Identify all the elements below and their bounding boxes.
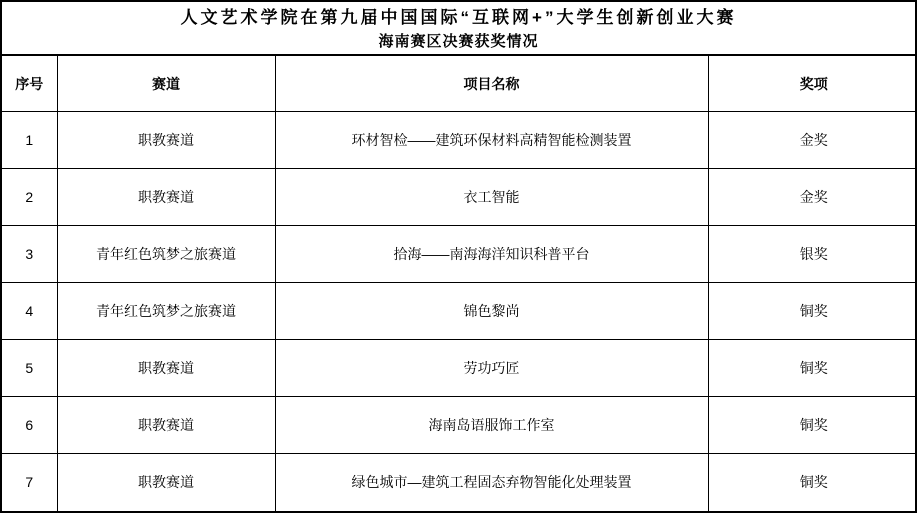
col-header-track: 赛道 bbox=[57, 56, 275, 112]
cell-award: 铜奖 bbox=[708, 283, 917, 340]
cell-track: 职教赛道 bbox=[57, 454, 275, 511]
header-row: 序号 赛道 项目名称 奖项 bbox=[2, 56, 917, 112]
col-header-project: 项目名称 bbox=[275, 56, 708, 112]
cell-project: 拾海——南海海洋知识科普平台 bbox=[275, 226, 708, 283]
cell-award: 金奖 bbox=[708, 112, 917, 169]
col-header-index: 序号 bbox=[2, 56, 57, 112]
table-row: 4 青年红色筑梦之旅赛道 锦色黎尚 铜奖 bbox=[2, 283, 917, 340]
cell-track: 职教赛道 bbox=[57, 340, 275, 397]
cell-project: 锦色黎尚 bbox=[275, 283, 708, 340]
cell-track: 青年红色筑梦之旅赛道 bbox=[57, 283, 275, 340]
cell-award: 铜奖 bbox=[708, 340, 917, 397]
cell-index: 5 bbox=[2, 340, 57, 397]
cell-index: 4 bbox=[2, 283, 57, 340]
table-row: 5 职教赛道 劳功巧匠 铜奖 bbox=[2, 340, 917, 397]
cell-award: 银奖 bbox=[708, 226, 917, 283]
title-line-1: 人文艺术学院在第九届中国国际“互联网+”大学生创新创业大赛 bbox=[181, 5, 737, 31]
cell-track: 职教赛道 bbox=[57, 397, 275, 454]
awards-sheet: 人文艺术学院在第九届中国国际“互联网+”大学生创新创业大赛 海南赛区决赛获奖情况… bbox=[0, 0, 917, 513]
cell-project: 海南岛语服饰工作室 bbox=[275, 397, 708, 454]
cell-project: 环材智检——建筑环保材料高精智能检测装置 bbox=[275, 112, 708, 169]
cell-index: 2 bbox=[2, 169, 57, 226]
title-line-2: 海南赛区决赛获奖情况 bbox=[378, 31, 538, 53]
table-row: 6 职教赛道 海南岛语服饰工作室 铜奖 bbox=[2, 397, 917, 454]
awards-table: 序号 赛道 项目名称 奖项 1 职教赛道 环材智检——建筑环保材料高精智能检测装… bbox=[2, 55, 917, 511]
cell-index: 7 bbox=[2, 454, 57, 511]
cell-award: 铜奖 bbox=[708, 397, 917, 454]
cell-index: 1 bbox=[2, 112, 57, 169]
col-header-award: 奖项 bbox=[708, 56, 917, 112]
cell-index: 6 bbox=[2, 397, 57, 454]
cell-award: 铜奖 bbox=[708, 454, 917, 511]
table-row: 2 职教赛道 衣工智能 金奖 bbox=[2, 169, 917, 226]
cell-project: 绿色城市—建筑工程固态弃物智能化处理装置 bbox=[275, 454, 708, 511]
table-row: 7 职教赛道 绿色城市—建筑工程固态弃物智能化处理装置 铜奖 bbox=[2, 454, 917, 511]
cell-index: 3 bbox=[2, 226, 57, 283]
cell-project: 衣工智能 bbox=[275, 169, 708, 226]
cell-award: 金奖 bbox=[708, 169, 917, 226]
table-title: 人文艺术学院在第九届中国国际“互联网+”大学生创新创业大赛 海南赛区决赛获奖情况 bbox=[2, 2, 915, 55]
table-row: 3 青年红色筑梦之旅赛道 拾海——南海海洋知识科普平台 银奖 bbox=[2, 226, 917, 283]
cell-track: 职教赛道 bbox=[57, 169, 275, 226]
table-row: 1 职教赛道 环材智检——建筑环保材料高精智能检测装置 金奖 bbox=[2, 112, 917, 169]
cell-track: 青年红色筑梦之旅赛道 bbox=[57, 226, 275, 283]
cell-project: 劳功巧匠 bbox=[275, 340, 708, 397]
cell-track: 职教赛道 bbox=[57, 112, 275, 169]
